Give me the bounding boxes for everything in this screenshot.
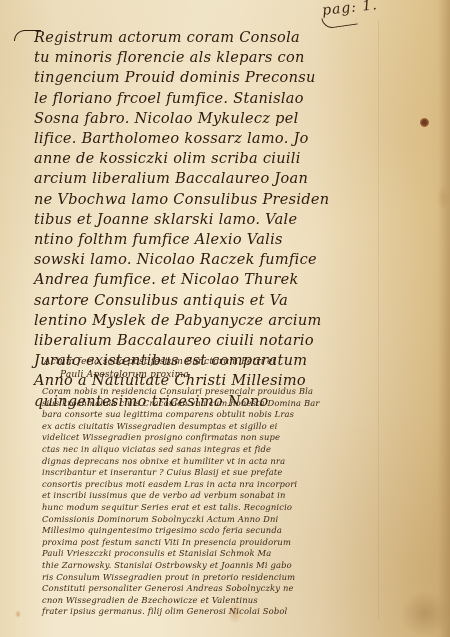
text-line: Constituti personaliter Generosi Andreas…	[42, 583, 394, 595]
text-line: Registrum actorum coram Consola	[34, 28, 396, 48]
text-line: ntino folthm fumfice Alexio Valis	[34, 230, 396, 250]
water-stain	[437, 185, 450, 211]
text-line: dignas deprecans nos obnixe et humiliter…	[42, 456, 394, 468]
text-line: tu minoris florencie als klepars con	[34, 48, 396, 68]
text-line: Millesimo quingentesimo trigesimo scdo f…	[42, 525, 394, 537]
text-line: lentino Myslek de Pabyanycze arcium	[34, 311, 396, 331]
manuscript-page: pag: 1. Registrum actorum coram Consola …	[0, 0, 450, 637]
text-line: cnon Wissegradien de Bzechowicze et Vale…	[42, 595, 394, 607]
text-line: ris Consulum Wissegradien prout in preto…	[42, 572, 394, 584]
text-line: anne de kossiczki olim scriba ciuili	[34, 149, 396, 169]
text-line: frater ipsius germanus. filij olim Gener…	[42, 606, 394, 618]
text-line: le floriano frcoel fumfice. Stanislao	[34, 89, 396, 109]
text-line: sowski lamo. Nicolao Raczek fumfice	[34, 250, 396, 270]
main-text-block: Registrum actorum coram Consola tu minor…	[34, 28, 396, 412]
text-line: sius krochmalnik ciuis Cracouien vna cum…	[42, 398, 394, 410]
ink-blot	[420, 118, 429, 127]
text-line: Pauli Vrieszczki proconsulis et Stanisla…	[42, 548, 394, 560]
text-line: ex actis ciuitatis Wissegradien desumpta…	[42, 421, 394, 433]
text-line: Pauli Apostolorum proxima	[44, 369, 394, 382]
text-line: bara consorte sua legittima comparens ob…	[42, 409, 394, 421]
text-line: tingencium Prouid dominis Preconsu	[34, 68, 396, 88]
text-line: ctas nec in aliquo viciatas sed sanas in…	[42, 444, 394, 456]
text-line: Andrea fumfice. et Nicolao Thurek	[34, 270, 396, 290]
text-line: liberalium Baccalaureo ciuili notario	[34, 331, 396, 351]
text-line: Coram nobis in residencia Consulari pres…	[42, 386, 394, 398]
text-line: Comissionis Dominorum Sobolnyczki Actum …	[42, 514, 394, 526]
text-line: Sosna fabro. Nicolao Mykulecz pel	[34, 109, 396, 129]
age-stain	[400, 590, 450, 637]
text-line: ne Vbochwa lamo Consulibus Presiden	[34, 190, 396, 210]
text-line: thie Zarnowsky. Stanislai Ostrbowsky et …	[42, 560, 394, 572]
actum-text-block: Actum feria scda post festum Sanctorum P…	[44, 356, 394, 382]
paper-edge-shadow	[438, 0, 450, 637]
text-line: sartore Consulibus antiquis et Va	[34, 291, 396, 311]
record-text-block: Coram nobis in residencia Consulari pres…	[42, 386, 394, 618]
text-line: inscribantur et inserantur ? Cuius Blasi…	[42, 467, 394, 479]
text-line: Actum feria scda post festum Sanctorum P…	[44, 356, 394, 369]
text-line: videlicet Wissegradien prosigno confirma…	[42, 432, 394, 444]
foxing-spot	[15, 610, 21, 618]
text-line: arcium liberalium Baccalaureo Joan	[34, 169, 396, 189]
text-line: proxima post festum sancti Viti In prese…	[42, 537, 394, 549]
text-line: tibus et Joanne sklarski lamo. Vale	[34, 210, 396, 230]
text-line: consortis precibus moti easdem Lras in a…	[42, 479, 394, 491]
text-line: hunc modum sequitur Series erat et est t…	[42, 502, 394, 514]
text-line: et inscribi iussimus que de verbo ad ver…	[42, 490, 394, 502]
text-line: lifice. Bartholomeo kossarz lamo. Jo	[34, 129, 396, 149]
